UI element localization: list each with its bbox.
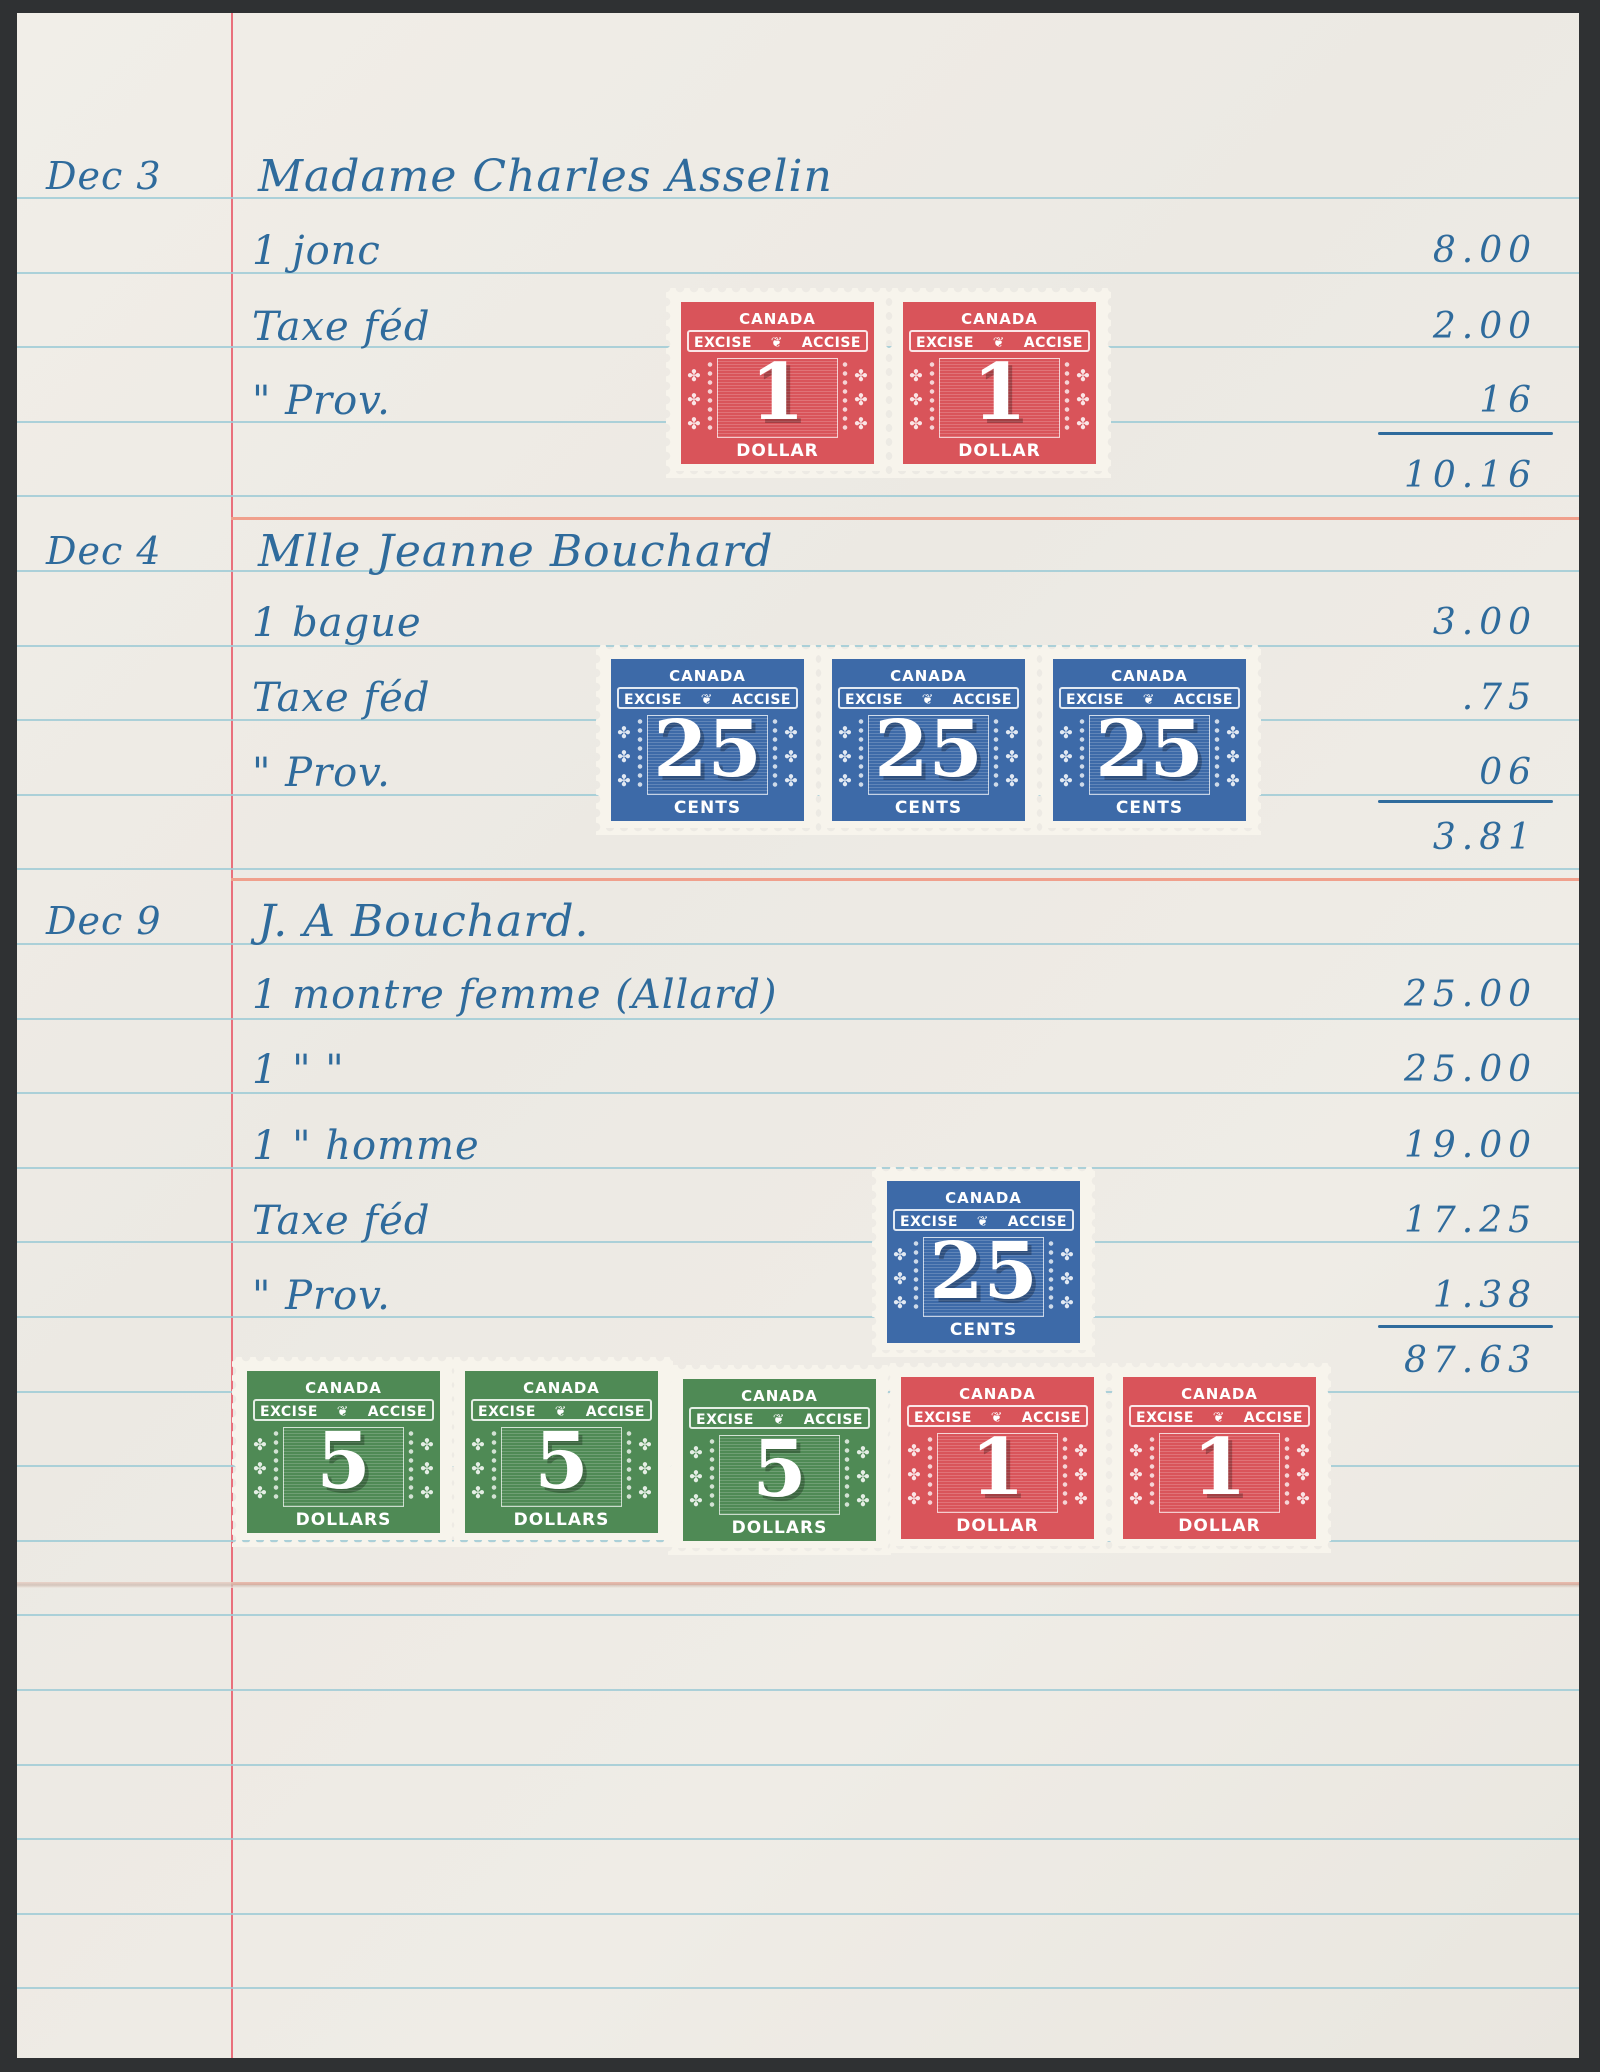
excise-stamp: ✤✤✤✤✤✤CANADAEXCISE❦ACCISE1DOLLAR — [886, 1363, 1109, 1553]
stamp-unit: CENTS — [1053, 798, 1246, 818]
entry-total: 87.63 — [1404, 1343, 1537, 1379]
stamp-country: CANADA — [901, 1385, 1094, 1403]
stamp-value: 1 — [1123, 1429, 1316, 1507]
stamp-face: ✤✤✤✤✤✤CANADAEXCISE❦ACCISE25CENTS — [832, 659, 1025, 821]
line-item-label: 1 " " — [252, 1050, 345, 1090]
section-divider — [231, 517, 1579, 520]
excise-stamp: ✤✤✤✤✤✤CANADAEXCISE❦ACCISE25CENTS — [817, 645, 1040, 835]
ruled-line — [17, 1764, 1579, 1766]
ruled-line — [17, 495, 1579, 497]
stamp-unit: DOLLARS — [247, 1510, 440, 1530]
stamp-value: 25 — [1053, 711, 1246, 789]
stamp-face: ✤✤✤✤✤✤CANADAEXCISE❦ACCISE5DOLLARS — [683, 1379, 876, 1541]
stamp-country: CANADA — [887, 1189, 1080, 1207]
stamp-unit: DOLLAR — [903, 441, 1096, 461]
stamp-banner-left: EXCISE — [478, 1401, 536, 1419]
stamp-banner-right: ACCISE — [804, 1409, 863, 1427]
stamp-face: ✤✤✤✤✤✤CANADAEXCISE❦ACCISE1DOLLAR — [903, 302, 1096, 464]
stamp-country: CANADA — [683, 1387, 876, 1405]
line-item-label: Taxe féd — [252, 307, 430, 347]
stamp-unit: DOLLARS — [683, 1518, 876, 1538]
stamp-country: CANADA — [1123, 1385, 1316, 1403]
excise-stamp: ✤✤✤✤✤✤CANADAEXCISE❦ACCISE25CENTS — [596, 645, 819, 835]
stamp-value: 5 — [465, 1423, 658, 1501]
stamp-unit: CENTS — [832, 798, 1025, 818]
ruled-line — [17, 1614, 1579, 1616]
stamp-unit: CENTS — [887, 1320, 1080, 1340]
stamp-face: ✤✤✤✤✤✤CANADAEXCISE❦ACCISE1DOLLAR — [901, 1377, 1094, 1539]
customer-name: Madame Charles Asselin — [258, 155, 833, 199]
line-item-amount: 2.00 — [1433, 309, 1537, 345]
line-item-amount: 19.00 — [1404, 1128, 1537, 1164]
stamp-unit: DOLLARS — [465, 1510, 658, 1530]
ruled-line — [17, 1838, 1579, 1840]
stamp-value: 1 — [903, 354, 1096, 432]
excise-stamp: ✤✤✤✤✤✤CANADAEXCISE❦ACCISE25CENTS — [872, 1167, 1095, 1357]
line-item-label: " Prov. — [252, 381, 391, 421]
total-underline — [1378, 800, 1553, 803]
line-item-amount: 25.00 — [1404, 977, 1537, 1013]
excise-stamp: ✤✤✤✤✤✤CANADAEXCISE❦ACCISE1DOLLAR — [888, 288, 1111, 478]
stamp-banner-right: ACCISE — [1244, 1407, 1303, 1425]
stamp-banner-right: ACCISE — [1022, 1407, 1081, 1425]
stamp-country: CANADA — [903, 310, 1096, 328]
line-item-amount: 16 — [1479, 383, 1537, 419]
ruled-line — [17, 1913, 1579, 1915]
fold-crease — [17, 1582, 1579, 1588]
total-underline — [1378, 432, 1553, 435]
line-item-amount: 25.00 — [1404, 1052, 1537, 1088]
customer-name: Mlle Jeanne Bouchard — [258, 530, 773, 574]
entry-date: Dec 9 — [46, 902, 162, 940]
stamp-unit: CENTS — [611, 798, 804, 818]
line-item-amount: 8.00 — [1433, 233, 1537, 269]
stamp-value: 1 — [901, 1429, 1094, 1507]
stamp-banner-left: EXCISE — [916, 332, 974, 350]
total-underline — [1378, 1325, 1553, 1328]
stamp-face: ✤✤✤✤✤✤CANADAEXCISE❦ACCISE1DOLLAR — [1123, 1377, 1316, 1539]
ledger-paper: Dec 3Madame Charles Asselin1 jonc8.00Tax… — [17, 13, 1579, 2058]
line-item-amount: 17.25 — [1404, 1203, 1537, 1239]
stamp-banner-left: EXCISE — [914, 1407, 972, 1425]
stamp-value: 25 — [887, 1233, 1080, 1311]
excise-stamp: ✤✤✤✤✤✤CANADAEXCISE❦ACCISE5DOLLARS — [450, 1357, 673, 1547]
stamp-country: CANADA — [247, 1379, 440, 1397]
stamp-country: CANADA — [465, 1379, 658, 1397]
stamp-banner-left: EXCISE — [694, 332, 752, 350]
line-item-amount: 1.38 — [1433, 1278, 1537, 1314]
line-item-amount: 06 — [1479, 755, 1537, 791]
stamp-unit: DOLLAR — [901, 1516, 1094, 1536]
line-item-label: 1 montre femme (Allard) — [252, 975, 778, 1015]
line-item-amount: .75 — [1462, 680, 1537, 716]
stamp-banner-left: EXCISE — [1136, 1407, 1194, 1425]
stamp-country: CANADA — [681, 310, 874, 328]
customer-name: J. A Bouchard. — [258, 900, 590, 944]
excise-stamp: ✤✤✤✤✤✤CANADAEXCISE❦ACCISE5DOLLARS — [668, 1365, 891, 1555]
stamp-country: CANADA — [1053, 667, 1246, 685]
line-item-label: 1 bague — [252, 603, 422, 643]
ruled-line — [17, 570, 1579, 572]
stamp-banner-right: ACCISE — [586, 1401, 645, 1419]
entry-total: 10.16 — [1404, 458, 1537, 494]
ruled-line — [17, 1987, 1579, 1989]
entry-date: Dec 4 — [46, 532, 162, 570]
stamp-country: CANADA — [611, 667, 804, 685]
stamp-unit: DOLLAR — [1123, 1516, 1316, 1536]
line-item-label: 1 " homme — [252, 1126, 480, 1166]
stamp-country: CANADA — [832, 667, 1025, 685]
ruled-line — [17, 1689, 1579, 1691]
stamp-face: ✤✤✤✤✤✤CANADAEXCISE❦ACCISE1DOLLAR — [681, 302, 874, 464]
line-item-amount: 3.00 — [1433, 605, 1537, 641]
stamp-value: 1 — [681, 354, 874, 432]
stamp-value: 25 — [832, 711, 1025, 789]
stamp-unit: DOLLAR — [681, 441, 874, 461]
line-item-label: Taxe féd — [252, 678, 430, 718]
stamp-banner-right: ACCISE — [1024, 332, 1083, 350]
stamp-face: ✤✤✤✤✤✤CANADAEXCISE❦ACCISE25CENTS — [1053, 659, 1246, 821]
excise-stamp: ✤✤✤✤✤✤CANADAEXCISE❦ACCISE1DOLLAR — [666, 288, 889, 478]
stamp-banner-right: ACCISE — [368, 1401, 427, 1419]
line-item-label: " Prov. — [252, 1276, 391, 1316]
margin-line — [231, 13, 233, 2058]
stamp-banner-left: EXCISE — [260, 1401, 318, 1419]
stamp-face: ✤✤✤✤✤✤CANADAEXCISE❦ACCISE25CENTS — [887, 1181, 1080, 1343]
stamp-face: ✤✤✤✤✤✤CANADAEXCISE❦ACCISE25CENTS — [611, 659, 804, 821]
line-item-label: 1 jonc — [252, 231, 381, 271]
stamp-banner-right: ACCISE — [802, 332, 861, 350]
entry-date: Dec 3 — [46, 157, 162, 195]
ruled-line — [17, 868, 1579, 870]
excise-stamp: ✤✤✤✤✤✤CANADAEXCISE❦ACCISE1DOLLAR — [1108, 1363, 1331, 1553]
stamp-value: 25 — [611, 711, 804, 789]
line-item-label: " Prov. — [252, 753, 391, 793]
stamp-banner-left: EXCISE — [696, 1409, 754, 1427]
excise-stamp: ✤✤✤✤✤✤CANADAEXCISE❦ACCISE25CENTS — [1038, 645, 1261, 835]
entry-total: 3.81 — [1433, 820, 1537, 856]
section-divider — [231, 878, 1579, 881]
stamp-face: ✤✤✤✤✤✤CANADAEXCISE❦ACCISE5DOLLARS — [247, 1371, 440, 1533]
stamp-value: 5 — [683, 1431, 876, 1509]
excise-stamp: ✤✤✤✤✤✤CANADAEXCISE❦ACCISE5DOLLARS — [232, 1357, 455, 1547]
line-item-label: Taxe féd — [252, 1201, 430, 1241]
stamp-value: 5 — [247, 1423, 440, 1501]
ruled-line — [17, 943, 1579, 945]
stamp-face: ✤✤✤✤✤✤CANADAEXCISE❦ACCISE5DOLLARS — [465, 1371, 658, 1533]
